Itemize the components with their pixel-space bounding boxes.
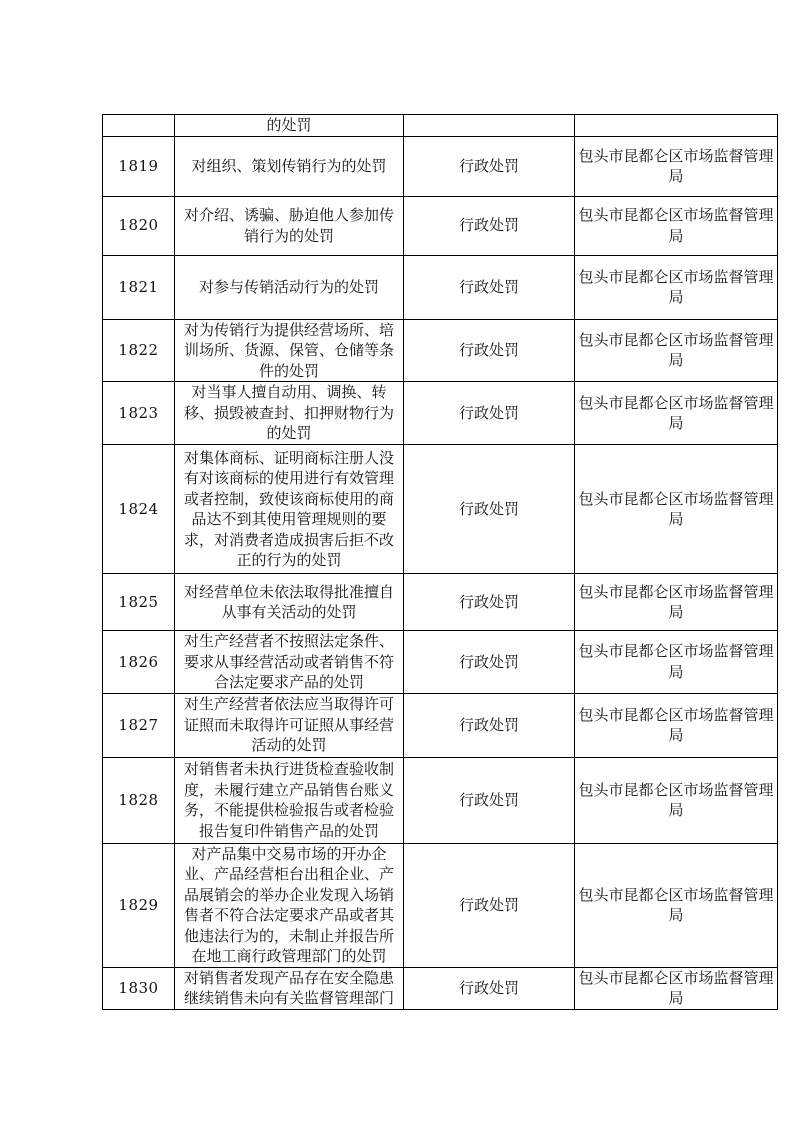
- cell-penalty-description: 对生产经营者不按照法定条件、要求从事经营活动或者销售不符合法定要求产品的处罚: [175, 631, 404, 694]
- cell-penalty-type: [404, 115, 575, 137]
- cell-penalty-type: 行政处罚: [404, 255, 575, 319]
- table-row: 1824 对集体商标、证明商标注册人没有对该商标的使用进行有效管理或者控制，致使…: [103, 445, 778, 574]
- cell-penalty-description: 对集体商标、证明商标注册人没有对该商标的使用进行有效管理或者控制，致使该商标使用…: [175, 445, 404, 574]
- table-row: 1826 对生产经营者不按照法定条件、要求从事经营活动或者销售不符合法定要求产品…: [103, 631, 778, 694]
- cell-penalty-type: 行政处罚: [404, 967, 575, 1009]
- cell-penalty-description: 对产品集中交易市场的开办企业、产品经营柜台出租企业、产品展销会的举办企业发现入场…: [175, 843, 404, 967]
- cell-authority: 包头市昆都仑区市场监督管理局: [575, 196, 778, 255]
- cell-penalty-type: 行政处罚: [404, 631, 575, 694]
- cell-authority: 包头市昆都仑区市场监督管理局: [575, 382, 778, 445]
- table-row: 1828 对销售者未执行进货检查验收制度，未履行建立产品销售台账义务，不能提供检…: [103, 757, 778, 843]
- table-row: 1822 对为传销行为提供经营场所、培训场所、货源、保管、仓储等条件的处罚 行政…: [103, 319, 778, 382]
- cell-penalty-type: 行政处罚: [404, 574, 575, 631]
- cell-number: 1830: [103, 967, 175, 1009]
- cell-authority: 包头市昆都仑区市场监督管理局: [575, 255, 778, 319]
- cell-number: 1827: [103, 693, 175, 757]
- table-row: 1820 对介绍、诱骗、胁迫他人参加传销行为的处罚 行政处罚 包头市昆都仑区市场…: [103, 196, 778, 255]
- cell-penalty-type: 行政处罚: [404, 196, 575, 255]
- cell-penalty-description: 对销售者未执行进货检查验收制度，未履行建立产品销售台账义务，不能提供检验报告或者…: [175, 757, 404, 843]
- cell-penalty-type: 行政处罚: [404, 445, 575, 574]
- cell-number: 1825: [103, 574, 175, 631]
- cell-number: 1826: [103, 631, 175, 694]
- cell-number: 1822: [103, 319, 175, 382]
- cell-penalty-type: 行政处罚: [404, 382, 575, 445]
- cell-number: 1819: [103, 136, 175, 196]
- cell-authority: 包头市昆都仑区市场监督管理局: [575, 843, 778, 967]
- cell-penalty-type: 行政处罚: [404, 757, 575, 843]
- document-page: 的处罚 1819 对组织、策划传销行为的处罚 行政处罚 包头市昆都仑区市场监督管…: [0, 0, 793, 1122]
- cell-number: [103, 115, 175, 137]
- table-row: 1819 对组织、策划传销行为的处罚 行政处罚 包头市昆都仑区市场监督管理局: [103, 136, 778, 196]
- cell-penalty-description: 对生产经营者依法应当取得许可证照而未取得许可证照从事经营活动的处罚: [175, 693, 404, 757]
- cell-authority: 包头市昆都仑区市场监督管理局: [575, 319, 778, 382]
- cell-penalty-description: 对组织、策划传销行为的处罚: [175, 136, 404, 196]
- cell-authority: 包头市昆都仑区市场监督管理局: [575, 693, 778, 757]
- cell-number: 1823: [103, 382, 175, 445]
- cell-penalty-description: 对经营单位未依法取得批准擅自从事有关活动的处罚: [175, 574, 404, 631]
- table-row-carryover: 的处罚: [103, 115, 778, 137]
- cell-authority: 包头市昆都仑区市场监督管理局: [575, 574, 778, 631]
- cell-number: 1828: [103, 757, 175, 843]
- cell-penalty-type: 行政处罚: [404, 136, 575, 196]
- cell-penalty-description: 对介绍、诱骗、胁迫他人参加传销行为的处罚: [175, 196, 404, 255]
- cell-penalty-description: 对为传销行为提供经营场所、培训场所、货源、保管、仓储等条件的处罚: [175, 319, 404, 382]
- cell-penalty-description: 对参与传销活动行为的处罚: [175, 255, 404, 319]
- cell-authority: 包头市昆都仑区市场监督管理局: [575, 445, 778, 574]
- cell-authority: 包头市昆都仑区市场监督管理局: [575, 757, 778, 843]
- cell-authority: 包头市昆都仑区市场监督管理局: [575, 967, 778, 1009]
- penalties-table: 的处罚 1819 对组织、策划传销行为的处罚 行政处罚 包头市昆都仑区市场监督管…: [102, 114, 778, 1010]
- table-row: 1829 对产品集中交易市场的开办企业、产品经营柜台出租企业、产品展销会的举办企…: [103, 843, 778, 967]
- table-row: 1821 对参与传销活动行为的处罚 行政处罚 包头市昆都仑区市场监督管理局: [103, 255, 778, 319]
- table-row: 1830 对销售者发现产品存在安全隐患继续销售未向有关监督管理部门 行政处罚 包…: [103, 967, 778, 1009]
- cell-number: 1820: [103, 196, 175, 255]
- table-row: 1823 对当事人擅自动用、调换、转移、损毁被查封、扣押财物行为的处罚 行政处罚…: [103, 382, 778, 445]
- cell-number: 1829: [103, 843, 175, 967]
- cell-penalty-type: 行政处罚: [404, 319, 575, 382]
- cell-penalty-description: 对当事人擅自动用、调换、转移、损毁被查封、扣押财物行为的处罚: [175, 382, 404, 445]
- cell-penalty-description: 对销售者发现产品存在安全隐患继续销售未向有关监督管理部门: [175, 967, 404, 1009]
- table-row: 1827 对生产经营者依法应当取得许可证照而未取得许可证照从事经营活动的处罚 行…: [103, 693, 778, 757]
- cell-penalty-type: 行政处罚: [404, 693, 575, 757]
- cell-authority: 包头市昆都仑区市场监督管理局: [575, 136, 778, 196]
- cell-authority: 包头市昆都仑区市场监督管理局: [575, 631, 778, 694]
- table-row: 1825 对经营单位未依法取得批准擅自从事有关活动的处罚 行政处罚 包头市昆都仑…: [103, 574, 778, 631]
- cell-penalty-description: 的处罚: [175, 115, 404, 137]
- cell-number: 1824: [103, 445, 175, 574]
- cell-number: 1821: [103, 255, 175, 319]
- cell-penalty-type: 行政处罚: [404, 843, 575, 967]
- cell-authority: [575, 115, 778, 137]
